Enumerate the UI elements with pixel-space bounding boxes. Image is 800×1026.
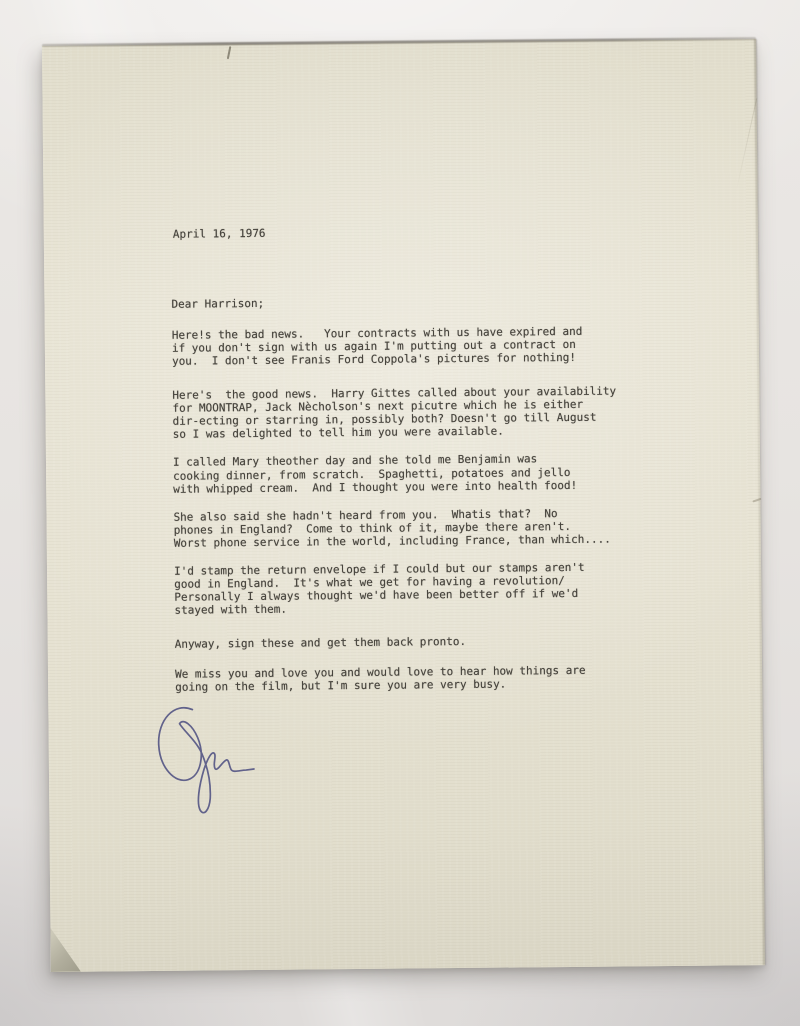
paper-crease <box>736 98 757 191</box>
letter-paper: April 16, 1976 Dear Harrison; Here!s the… <box>42 39 765 972</box>
paragraph: Here!s the bad news. Your contracts with… <box>172 323 729 368</box>
letter-date: April 16, 1976 <box>173 227 266 241</box>
paragraph: I'd stamp the return envelope if I could… <box>174 559 731 617</box>
paragraph: Anyway, sign these and get them back pro… <box>175 633 732 652</box>
folded-corner <box>50 928 80 972</box>
paragraph: I called Mary theother day and she told … <box>173 451 730 496</box>
paragraph-line: Anyway, sign these and get them back pro… <box>175 633 732 652</box>
paper-edge-nick <box>752 498 761 503</box>
paragraph: She also said she hadn't heard from you.… <box>173 505 730 550</box>
letter-salutation: Dear Harrison; <box>171 297 264 311</box>
letter-body: Here!s the bad news. Your contracts with… <box>172 323 733 708</box>
signature-scrawl-icon <box>148 699 269 825</box>
paragraph: Here's the good news. Harry Gittes calle… <box>172 383 729 441</box>
letter-photo: April 16, 1976 Dear Harrison; Here!s the… <box>0 0 800 1026</box>
paper-tear-mark <box>227 46 232 59</box>
paragraph: We miss you and love you and would love … <box>175 662 732 694</box>
